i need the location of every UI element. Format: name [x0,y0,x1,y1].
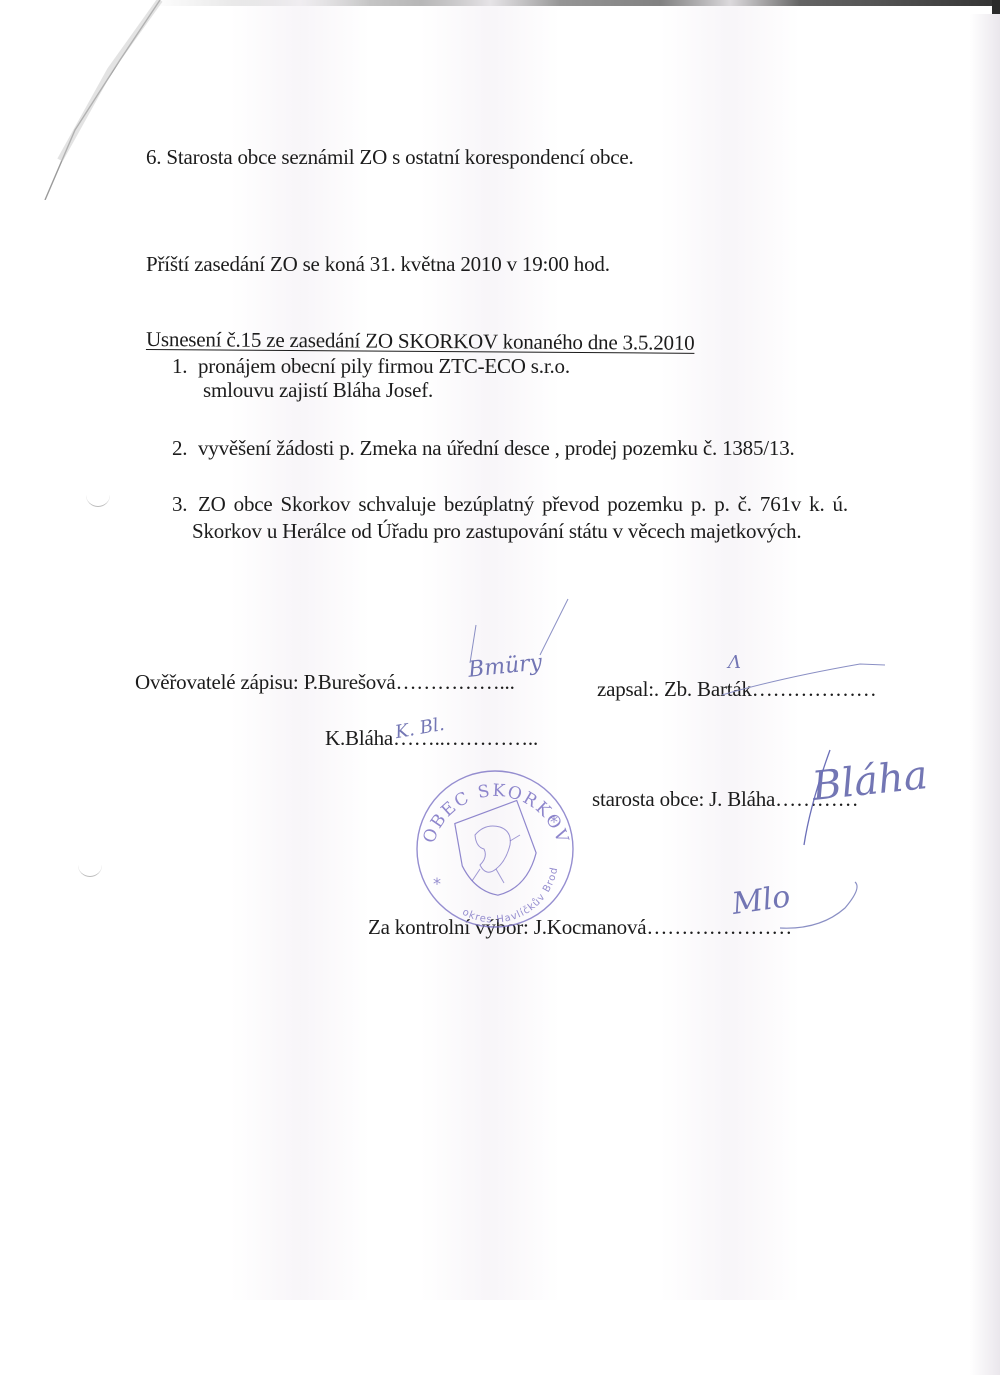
svg-text:*: * [433,874,441,893]
resolution-text: vyvěšení žádosti p. Zmeka na úřední desc… [198,436,795,460]
stamp-bottom-text: okres Havlíčkův Brod [460,866,560,926]
next-meeting-note: Příští zasedání ZO se koná 31. května 20… [146,252,610,277]
resolution-number: 2. [172,436,198,461]
signature-stroke [790,745,920,855]
resolution-item-1: 1.pronájem obecní pily firmou ZTC-ECO s.… [172,354,570,379]
resolution-number: 1. [172,354,198,379]
resolution-item-3-cont: Skorkov u Herálce od Úřadu pro zastupová… [192,519,801,544]
page-fold-line [0,0,170,200]
scan-right-edge [970,14,1000,1375]
scan-corner-shadow [992,0,1000,14]
resolution-item-2: 2.vyvěšení žádosti p. Zmeka na úřední de… [172,436,795,461]
punch-hole-mark [86,492,110,507]
punch-hole-mark [78,862,102,877]
svg-text:okres Havlíčkův Brod: okres Havlíčkův Brod [460,866,560,926]
verifiers-line: Ověřovatelé zápisu: P.Burešová……………... [135,670,515,695]
minutes-item-6: 6. Starosta obce seznámil ZO s ostatní k… [146,145,634,170]
resolution-item-1-cont: smlouvu zajistí Bláha Josef. [203,378,433,403]
signature-stroke [720,660,890,700]
resolution-text: ZO obce Skorkov schvaluje bezúplatný pře… [198,492,848,516]
resolution-item-3: 3.ZO obce Skorkov schvaluje bezúplatný p… [172,492,848,517]
resolution-text: pronájem obecní pily firmou ZTC-ECO s.r.… [198,354,570,378]
show-through-band [230,0,370,1300]
show-through-band [660,0,800,1300]
resolution-number: 3. [172,492,198,517]
svg-text:*: * [550,812,558,831]
signature-stroke [770,878,870,938]
signature-stroke [460,595,570,665]
official-stamp: OBEC SKORKOV okres Havlíčkův Brod * * [410,765,580,930]
resolution-heading: Usnesení č.15 ze zasedání ZO SKORKOV kon… [146,327,695,356]
